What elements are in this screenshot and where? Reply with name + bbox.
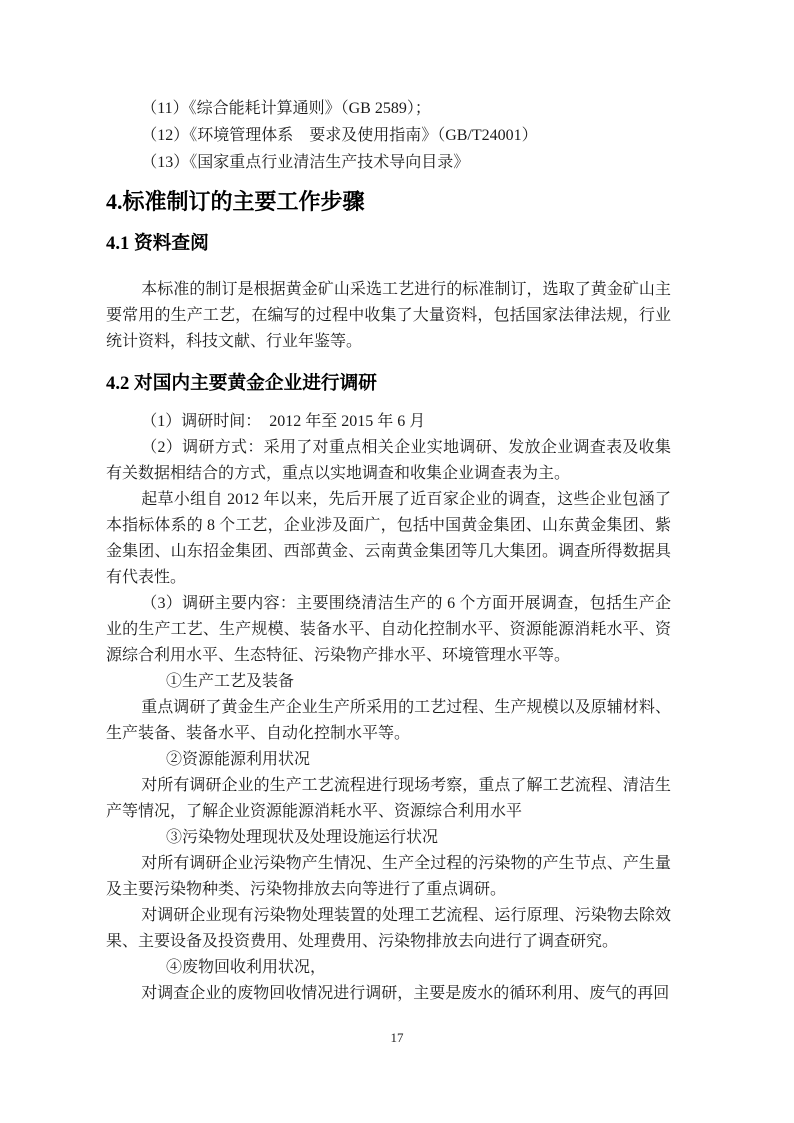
document-page: （11）《综合能耗计算通则》（GB 2589）； （12）《环境管理体系 要求及… xyxy=(0,0,794,1123)
reference-item: （12）《环境管理体系 要求及使用指南》（GB/T24001） xyxy=(106,122,671,149)
reference-item: （11）《综合能耗计算通则》（GB 2589）； xyxy=(106,95,671,122)
paragraph: 对调查企业的废物回收情况进行调研，主要是废水的循环利用、废气的再回 xyxy=(106,981,671,1007)
paragraph: 对所有调研企业的生产工艺流程进行现场考察，重点了解工艺流程、清洁生产等情况，了解… xyxy=(106,773,671,825)
section-4-2: 4.2 对国内主要黄金企业进行调研 （1）调研时间： 2012 年至 2015 … xyxy=(106,371,671,1007)
paragraph: （3）调研主要内容：主要围绕清洁生产的 6 个方面开展调查，包括生产企业的生产工… xyxy=(106,591,671,669)
references-list: （11）《综合能耗计算通则》（GB 2589）； （12）《环境管理体系 要求及… xyxy=(106,95,671,176)
paragraph: 本标准的制订是根据黄金矿山采选工艺进行的标准制订，选取了黄金矿山主要常用的生产工… xyxy=(106,277,671,355)
paragraph: 重点调研了黄金生产企业生产所采用的工艺过程、生产规模以及原辅材料、生产装备、装备… xyxy=(106,695,671,747)
section-4-1-heading: 4.1 资料查阅 xyxy=(106,231,671,257)
numbered-item: ③污染物处理现状及处理设施运行状况 xyxy=(106,825,671,851)
reference-item: （13）《国家重点行业清洁生产技术导向目录》 xyxy=(106,149,671,176)
chapter-heading: 4.标准制订的主要工作步骤 xyxy=(106,188,671,216)
paragraph: 起草小组自 2012 年以来，先后开展了近百家企业的调查，这些企业包涵了本指标体… xyxy=(106,487,671,591)
paragraph: （2）调研方式：采用了对重点相关企业实地调研、发放企业调查表及收集有关数据相结合… xyxy=(106,435,671,487)
paragraph: （1）调研时间： 2012 年至 2015 年 6 月 xyxy=(106,409,671,435)
section-4-2-heading: 4.2 对国内主要黄金企业进行调研 xyxy=(106,371,671,397)
paragraph: 对调研企业现有污染物处理装置的处理工艺流程、运行原理、污染物去除效果、主要设备及… xyxy=(106,903,671,955)
numbered-item: ④废物回收利用状况， xyxy=(106,955,671,981)
section-4-2-body: （1）调研时间： 2012 年至 2015 年 6 月 （2）调研方式：采用了对… xyxy=(106,409,671,1007)
section-4-1: 4.1 资料查阅 本标准的制订是根据黄金矿山采选工艺进行的标准制订，选取了黄金矿… xyxy=(106,231,671,355)
paragraph: 对所有调研企业污染物产生情况、生产全过程的污染物的产生节点、产生量及主要污染物种… xyxy=(106,851,671,903)
page-number: 17 xyxy=(0,1030,794,1046)
numbered-item: ①生产工艺及装备 xyxy=(106,669,671,695)
section-4-1-body: 本标准的制订是根据黄金矿山采选工艺进行的标准制订，选取了黄金矿山主要常用的生产工… xyxy=(106,277,671,355)
numbered-item: ②资源能源利用状况 xyxy=(106,747,671,773)
